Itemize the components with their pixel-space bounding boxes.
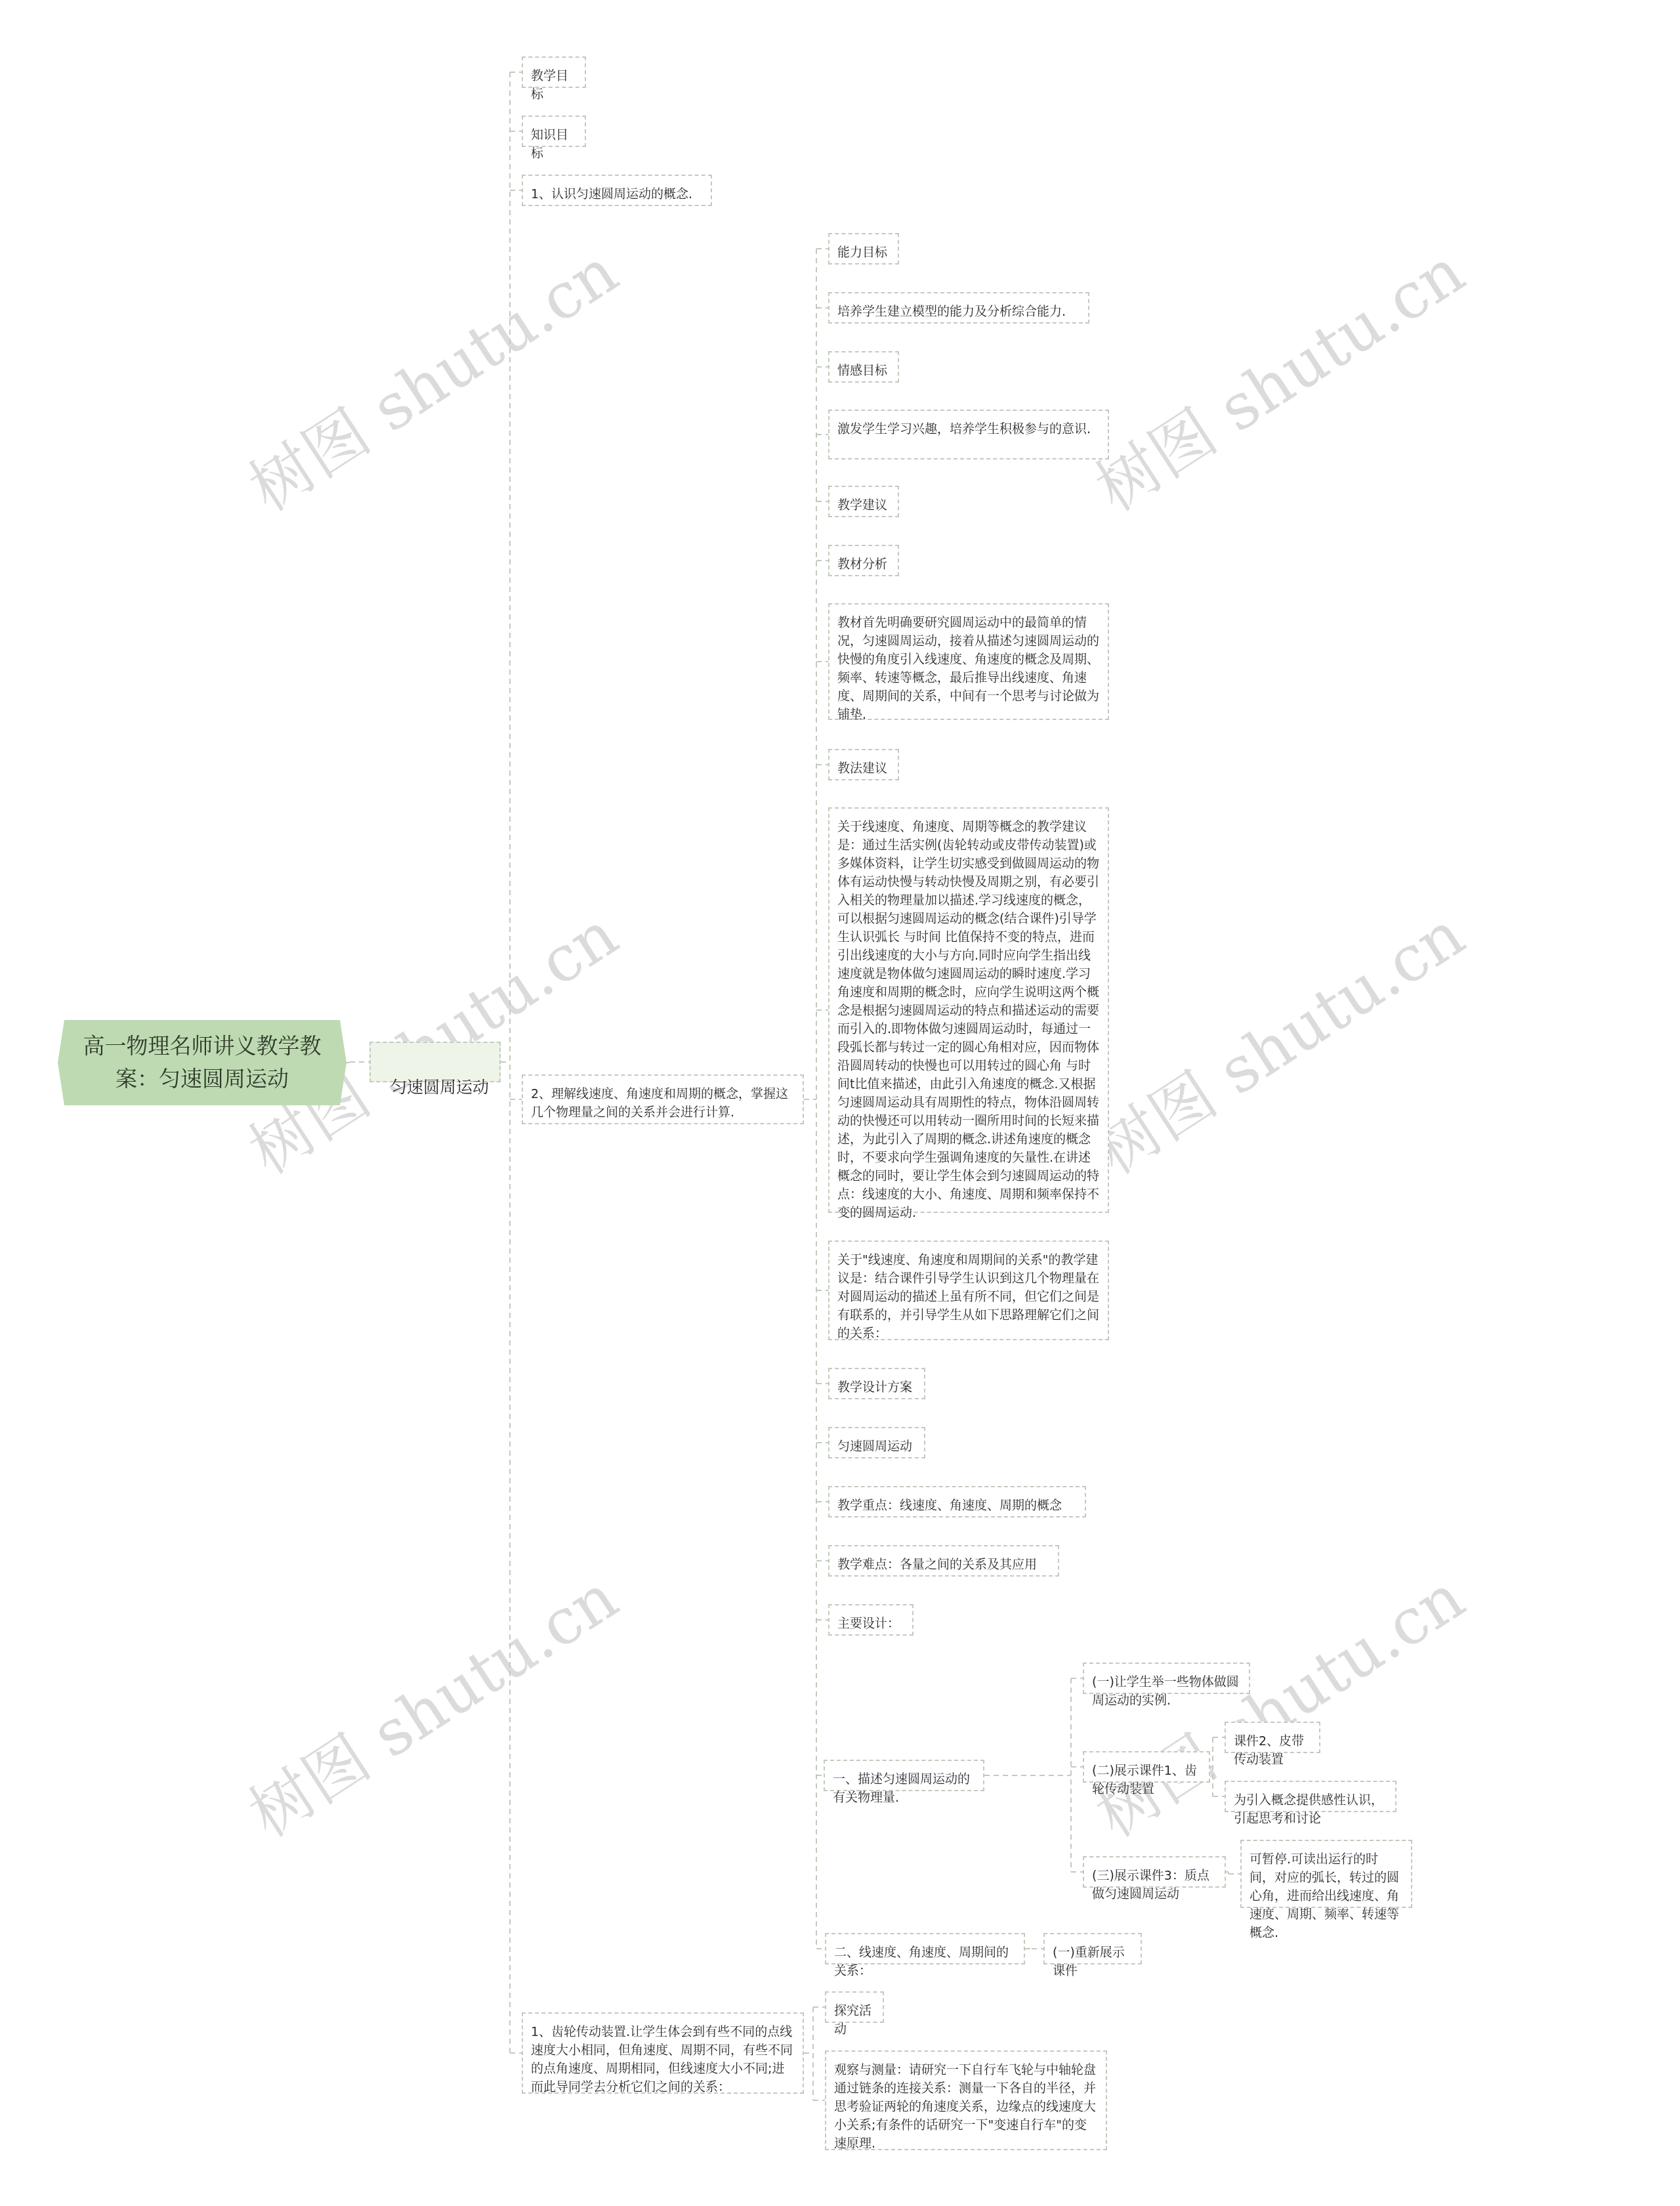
node-reshow-courseware[interactable]: (一)重新展示课件 <box>1043 1933 1142 1964</box>
node-label: 教法建议 <box>837 761 887 776</box>
node-key-point[interactable]: 教学重点：线速度、角速度、周期的概念 <box>828 1486 1086 1517</box>
node-difficult-point[interactable]: 教学难点：各量之间的关系及其应用 <box>828 1545 1059 1577</box>
node-uniform-motion[interactable]: 匀速圆周运动 <box>828 1427 925 1458</box>
node-label: 教学设计方案 <box>837 1380 912 1395</box>
node-knowledge-goal[interactable]: 知识目标 <box>522 116 586 147</box>
node-label: 知识目标 <box>531 128 568 161</box>
node-main-design[interactable]: 主要设计： <box>828 1604 913 1636</box>
node-label: 课件2、皮带传动装置 <box>1234 1734 1304 1767</box>
branch-topic[interactable]: 匀速圆周运动 <box>369 1042 501 1082</box>
branch-topic-label: 匀速圆周运动 <box>390 1078 489 1097</box>
node-label: 教学目标 <box>531 69 568 102</box>
node-method-suggestion[interactable]: 教法建议 <box>828 749 899 780</box>
node-label: 匀速圆周运动 <box>837 1439 912 1454</box>
node-label: 教材首先明确要研究圆周运动中的最简单的情况，匀速圆周运动，接着从描述匀速圆周运动… <box>837 616 1099 722</box>
node-label: 1、认识匀速圆周运动的概念. <box>531 187 692 202</box>
node-label: 教学难点：各量之间的关系及其应用 <box>837 1558 1037 1572</box>
node-courseware-point[interactable]: (三)展示课件3：质点做匀速圆周运动 <box>1083 1856 1226 1888</box>
node-observe-measure[interactable]: 观察与测量：请研究一下自行车飞轮与中轴轮盘通过链条的连接关系：测量一下各自的半径… <box>825 2050 1107 2150</box>
node-method-text[interactable]: 关于线速度、角速度、周期等概念的教学建议是：通过生活实例(齿轮转动或皮带传动装置… <box>828 807 1109 1213</box>
node-label: 观察与测量：请研究一下自行车飞轮与中轴轮盘通过链条的连接关系：测量一下各自的半径… <box>834 2063 1096 2151</box>
node-label: 关于"线速度、角速度和周期间的关系"的教学建议是：结合课件引导学生认识到这几个物… <box>837 1253 1099 1341</box>
node-courseware-belt[interactable]: 课件2、皮带传动装置 <box>1225 1722 1320 1753</box>
node-label: 教学建议 <box>837 498 887 513</box>
node-knowledge-2[interactable]: 2、理解线速度、角速度和周期的概念，掌握这几个物理量之间的关系并会进行计算. <box>522 1074 804 1124</box>
node-explore-activity[interactable]: 探究活动 <box>825 1991 884 2023</box>
node-ability-text[interactable]: 培养学生建立模型的能力及分析综合能力. <box>828 292 1089 324</box>
root-topic-label: 高一物理名师讲义教学教案：匀速圆周运动 <box>77 1030 327 1095</box>
node-label: (二)展示课件1、齿轮传动装置 <box>1092 1764 1197 1796</box>
node-label: 教材分析 <box>837 557 887 572</box>
watermark: 树图 shutu.cn <box>1076 223 1479 528</box>
node-teaching-goal[interactable]: 教学目标 <box>522 56 586 88</box>
node-teaching-suggestion[interactable]: 教学建议 <box>828 486 899 517</box>
node-knowledge-1[interactable]: 1、认识匀速圆周运动的概念. <box>522 175 712 206</box>
node-label: 二、线速度、角速度、周期间的关系： <box>834 1945 1009 1978</box>
node-label: 教学重点：线速度、角速度、周期的概念 <box>837 1498 1062 1513</box>
node-label: 主要设计： <box>837 1617 900 1631</box>
node-label: 1、齿轮传动装置.让学生体会到有些不同的点线速度大小相同，但角速度、周期不同，有… <box>531 2025 793 2094</box>
node-label: 关于线速度、角速度、周期等概念的教学建议是：通过生活实例(齿轮转动或皮带传动装置… <box>837 820 1099 1220</box>
node-label: 激发学生学习兴趣，培养学生积极参与的意识. <box>837 422 1091 436</box>
root-topic[interactable]: 高一物理名师讲义教学教案：匀速圆周运动 <box>58 1020 346 1105</box>
watermark: 树图 shutu.cn <box>230 1549 632 1854</box>
node-emotion-goal[interactable]: 情感目标 <box>828 351 899 383</box>
node-student-examples[interactable]: (一)让学生举一些物体做圆周运动的实例. <box>1083 1663 1250 1694</box>
node-label: 能力目标 <box>837 245 887 260</box>
node-relation-section[interactable]: 二、线速度、角速度、周期间的关系： <box>825 1933 1025 1964</box>
node-pause-readout[interactable]: 可暂停.可读出运行的时间，对应的弧长，转过的圆心角，进而给出线速度、角速度、周期… <box>1240 1840 1412 1908</box>
node-perceptual-intro[interactable]: 为引入概念提供感性认识，引起思考和讨论 <box>1225 1781 1396 1812</box>
node-label: 2、理解线速度、角速度和周期的概念，掌握这几个物理量之间的关系并会进行计算. <box>531 1087 788 1120</box>
node-courseware-gear[interactable]: (二)展示课件1、齿轮传动装置 <box>1083 1751 1210 1783</box>
node-label: 培养学生建立模型的能力及分析综合能力. <box>837 305 1066 319</box>
node-label: 一、描述匀速圆周运动的有关物理量. <box>833 1772 970 1805</box>
node-label: 可暂停.可读出运行的时间，对应的弧长，转过的圆心角，进而给出线速度、角速度、周期… <box>1249 1852 1399 1940</box>
watermark: 树图 shutu.cn <box>1076 886 1479 1191</box>
node-design-plan[interactable]: 教学设计方案 <box>828 1368 925 1399</box>
node-material-text[interactable]: 教材首先明确要研究圆周运动中的最简单的情况，匀速圆周运动，接着从描述匀速圆周运动… <box>828 603 1109 720</box>
node-relation-suggestion[interactable]: 关于"线速度、角速度和周期间的关系"的教学建议是：结合课件引导学生认识到这几个物… <box>828 1241 1109 1340</box>
node-label: 情感目标 <box>837 364 887 378</box>
node-label: (三)展示课件3：质点做匀速圆周运动 <box>1092 1869 1209 1901</box>
node-describe-quantities[interactable]: 一、描述匀速圆周运动的有关物理量. <box>824 1760 984 1791</box>
node-label: (一)让学生举一些物体做圆周运动的实例. <box>1092 1675 1239 1708</box>
watermark: 树图 shutu.cn <box>230 223 632 528</box>
node-label: (一)重新展示课件 <box>1053 1945 1125 1978</box>
node-material-analysis[interactable]: 教材分析 <box>828 545 899 576</box>
node-ability-goal[interactable]: 能力目标 <box>828 233 899 265</box>
node-emotion-text[interactable]: 激发学生学习兴趣，培养学生积极参与的意识. <box>828 410 1109 459</box>
node-label: 探究活动 <box>834 2004 871 2037</box>
node-gear-device[interactable]: 1、齿轮传动装置.让学生体会到有些不同的点线速度大小相同，但角速度、周期不同，有… <box>522 2012 804 2094</box>
node-label: 为引入概念提供感性认识，引起思考和讨论 <box>1234 1793 1383 1826</box>
